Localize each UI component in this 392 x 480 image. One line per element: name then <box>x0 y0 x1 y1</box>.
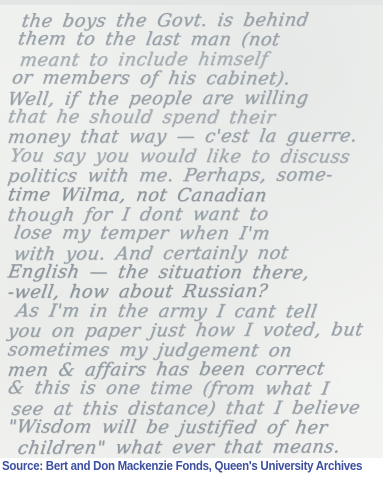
handwritten-line: -well, how about Russian? <box>6 282 383 303</box>
handwritten-line: you on paper just how I voted, but <box>6 320 383 341</box>
handwritten-line: them to the last man (not <box>17 30 383 51</box>
handwritten-line: lose my temper when I'm <box>13 224 383 245</box>
letter-paper: the boys the Govt. is behind them to the… <box>0 0 383 458</box>
handwritten-line: politics with me. Perhaps, some- <box>6 165 383 186</box>
handwritten-line: children" what ever that means. <box>16 437 383 458</box>
handwritten-line: time Wilma, not Canadian <box>7 185 383 206</box>
letter-scan: the boys the Govt. is behind them to the… <box>0 0 392 480</box>
handwritten-line: sometimes my judgement on <box>7 340 383 361</box>
handwritten-line: & this is one time (from what I <box>7 379 383 400</box>
source-caption: Source: Bert and Don Mackenzie Fonds, Qu… <box>2 459 363 473</box>
handwritten-line: "Wisdom will be justified of her <box>7 418 383 439</box>
handwritten-line: or members of his cabinet). <box>11 69 383 90</box>
handwritten-line: money that way — c'est la guerre. <box>6 127 383 148</box>
